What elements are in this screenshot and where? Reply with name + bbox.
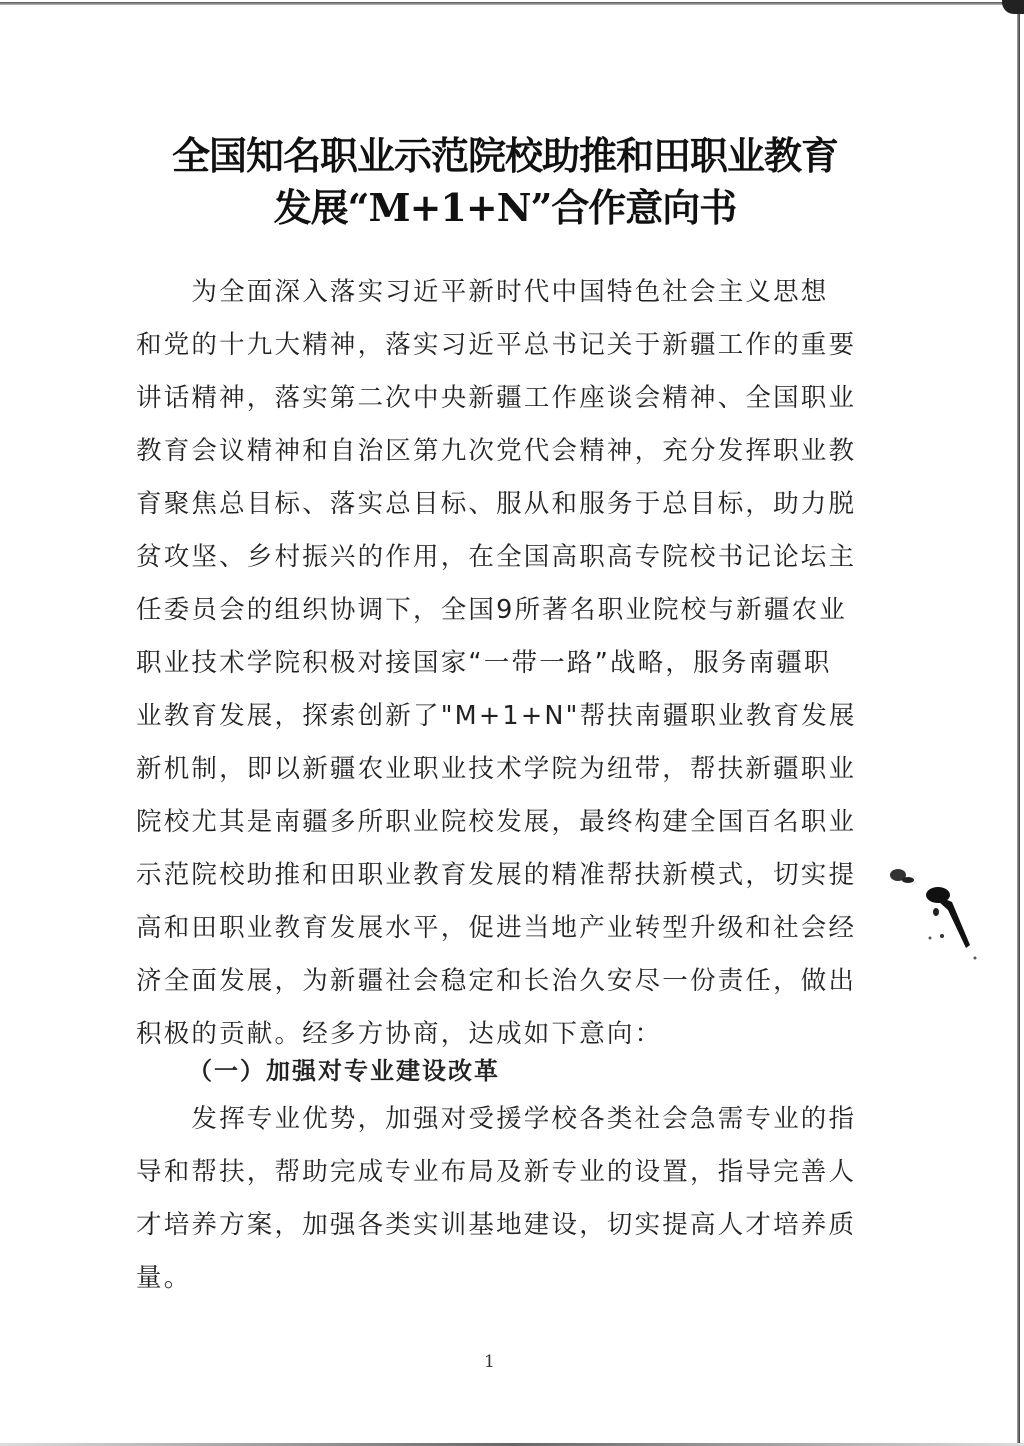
title-line-1: 全国知名职业示范院校助推和田职业教育: [140, 130, 870, 182]
text-line: 教育会议精神和自治区第九次党代会精神，充分发挥职业教: [136, 425, 856, 478]
text-line: 任委员会的组织协调下，全国9所著名职业院校与新疆农业: [136, 584, 856, 637]
text-line: 业教育发展，探索创新了"M+1+N"帮扶南疆职业教育发展: [136, 690, 856, 743]
scanned-page: 全国知名职业示范院校助推和田职业教育 发展“M+1+N”合作意向书 为全面深入落…: [0, 0, 1024, 1446]
text-line: 新机制，即以新疆农业职业技术学院为纽带，帮扶新疆职业: [136, 743, 856, 796]
paragraph-intro: 为全面深入落实习近平新时代中国特色社会主义思想 和党的十九大精神，落实习近平总书…: [136, 266, 856, 1061]
text-line: 贫攻坚、乡村振兴的作用，在全国高职高专院校书记论坛主: [136, 531, 856, 584]
text-line: 导和帮扶，帮助完成专业布局及新专业的设置，指导完善人: [136, 1146, 856, 1199]
text-line: 院校尤其是南疆多所职业院校发展，最终构建全国百名职业: [136, 796, 856, 849]
text-line: 示范院校助推和田职业教育发展的精准帮扶新模式，切实提: [136, 849, 856, 902]
text-line: 为全面深入落实习近平新时代中国特色社会主义思想: [136, 266, 856, 319]
page-edge-top: [0, 2, 1020, 5]
text-line: 济全面发展，为新疆社会稳定和长治久安尽一份责任，做出: [136, 955, 856, 1008]
page-edge-right: [1017, 4, 1020, 1444]
text-line: 高和田职业教育发展水平，促进当地产业转型升级和社会经: [136, 902, 856, 955]
paragraph-section-1: 发挥专业优势，加强对受援学校各类社会急需专业的指 导和帮扶，帮助完成专业布局及新…: [136, 1093, 856, 1305]
text-line: 讲话精神，落实第二次中央新疆工作座谈会精神、全国职业: [136, 372, 856, 425]
page-number: 1: [484, 1352, 495, 1372]
document-title: 全国知名职业示范院校助推和田职业教育 发展“M+1+N”合作意向书: [140, 130, 870, 234]
title-line-2: 发展“M+1+N”合作意向书: [140, 182, 870, 234]
text-line: 职业技术学院积极对接国家“一带一路”战略，服务南疆职: [136, 637, 856, 690]
page-corner-shadow: [1002, 0, 1024, 14]
ink-stain-mark: [870, 850, 1000, 970]
text-line: 量。: [136, 1252, 856, 1305]
text-line: 发挥专业优势，加强对受援学校各类社会急需专业的指: [136, 1093, 856, 1146]
section-heading: （一）加强对专业建设改革: [188, 1051, 500, 1086]
text-line: 和党的十九大精神，落实习近平总书记关于新疆工作的重要: [136, 319, 856, 372]
text-line: 才培养方案，加强各类实训基地建设，切实提高人才培养质: [136, 1199, 856, 1252]
text-line: 育聚焦总目标、落实总目标、服从和服务于总目标，助力脱: [136, 478, 856, 531]
